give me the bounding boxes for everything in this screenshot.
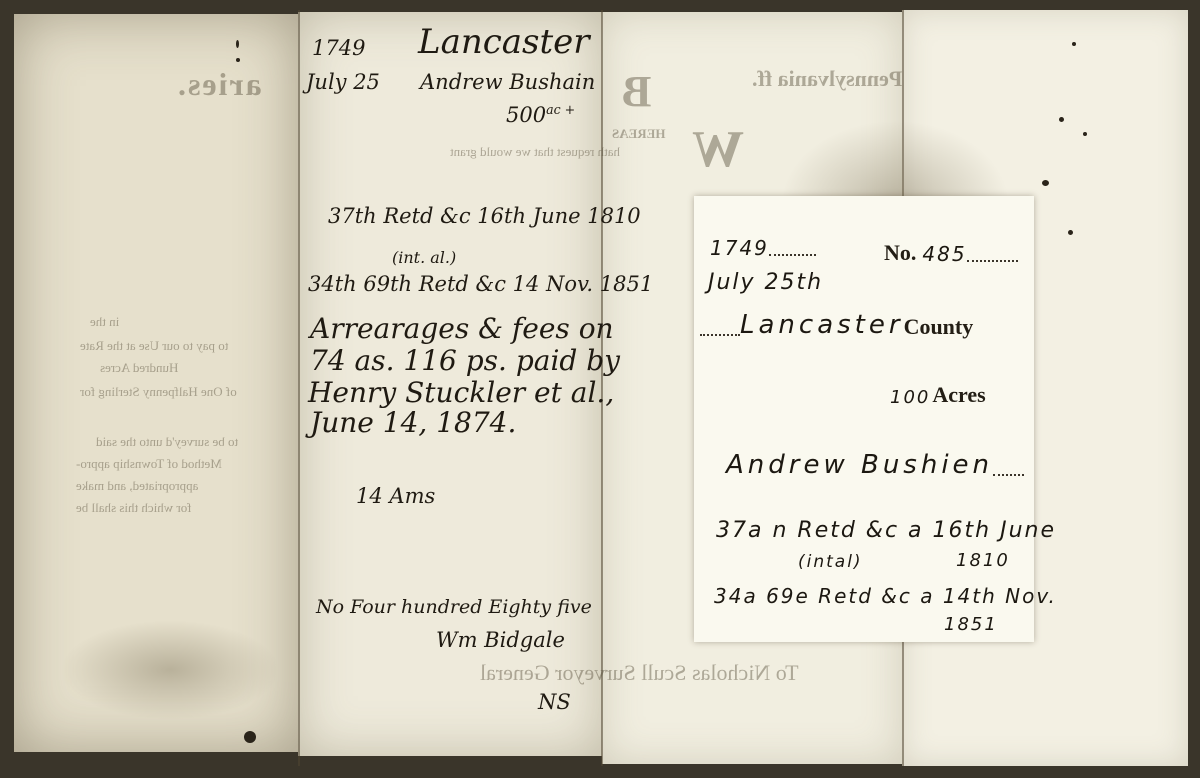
header-amount-value: 500 bbox=[506, 103, 546, 127]
initials: NS bbox=[538, 690, 571, 714]
card-county-field: Lancaster County bbox=[700, 310, 1016, 340]
header-name: Andrew Bushain bbox=[420, 70, 595, 94]
bleed-header-fragment: aries. bbox=[176, 66, 262, 103]
header-amount: 500ac + bbox=[506, 102, 575, 127]
fold-line bbox=[298, 10, 300, 766]
header-amount-suffix: ac + bbox=[546, 102, 575, 117]
card-note-1810: 37a n Retd &c a 16th June bbox=[716, 518, 1056, 543]
dotted-line bbox=[700, 333, 740, 336]
note-payer: Henry Stuckler et al., bbox=[308, 376, 614, 409]
bleed-line: in the bbox=[90, 314, 119, 330]
card-number-label: No. bbox=[884, 240, 916, 266]
bleed-line: Hundred Acres bbox=[100, 360, 178, 376]
ink-speck bbox=[1072, 42, 1076, 46]
dotted-line bbox=[769, 253, 816, 256]
note-returned-1851: 34th 69th Retd &c 14 Nov. 1851 bbox=[308, 272, 653, 296]
bleed-opening-line: hath request that we would grant bbox=[450, 144, 620, 160]
card-name: Andrew Bushien bbox=[700, 450, 993, 480]
signature: Wm Bidgale bbox=[436, 628, 565, 652]
bleed-opening-word: HEREAS bbox=[612, 126, 665, 142]
card-county-label: County bbox=[904, 314, 974, 340]
bleed-header-letter: B bbox=[620, 66, 651, 117]
ink-speck bbox=[1083, 132, 1087, 136]
ink-speck bbox=[1042, 180, 1049, 186]
quantity-note: 14 Ams bbox=[356, 484, 435, 508]
card-year: 1749 bbox=[700, 236, 769, 260]
bleed-line: to be survey'd unto the said bbox=[96, 434, 238, 450]
warrant-number-text: No Four hundred Eighty five bbox=[316, 596, 592, 618]
document-scan: aries. B Pennsylvania ff. W HEREAS hath … bbox=[0, 0, 1200, 778]
ink-speck bbox=[1059, 117, 1064, 122]
card-note-year-1810: 1810 bbox=[956, 550, 1010, 571]
bleed-initial-letter: W bbox=[690, 120, 744, 179]
header-date: July 25 bbox=[306, 70, 380, 94]
dotted-line bbox=[967, 259, 1018, 262]
bleed-line: for which this shall be bbox=[76, 500, 192, 516]
card-name-field: Andrew Bushien bbox=[700, 450, 1024, 480]
bleed-footer: To Nicholas Scull Surveyor General bbox=[480, 660, 799, 686]
ink-speck bbox=[236, 58, 240, 62]
ink-speck bbox=[236, 40, 239, 48]
note-paid-date: June 14, 1874. bbox=[310, 406, 516, 439]
card-acres-value: 100 bbox=[890, 387, 930, 408]
card-number: 485 bbox=[916, 242, 966, 266]
bleed-line: appropriated, and make bbox=[76, 478, 198, 494]
ink-speck bbox=[1068, 230, 1073, 235]
header-year: 1749 bbox=[312, 36, 365, 60]
card-county-name: Lancaster bbox=[740, 310, 904, 340]
header-county: Lancaster bbox=[418, 22, 590, 62]
note-acres-paid: 74 as. 116 ps. paid by bbox=[310, 344, 620, 377]
card-date: July 25th bbox=[700, 270, 823, 295]
bleed-state: Pennsylvania ff. bbox=[752, 66, 902, 92]
bleed-line: Method of Township appro- bbox=[76, 456, 222, 472]
note-arrearages: Arrearages & fees on bbox=[310, 312, 614, 345]
ink-speck bbox=[244, 731, 256, 743]
card-note-intal: (intal) bbox=[798, 552, 863, 572]
stain bbox=[60, 620, 280, 720]
card-note-1851: 34a 69e Retd &c a 14th Nov. bbox=[714, 584, 1057, 608]
note-int-al: (int. al.) bbox=[392, 248, 456, 267]
note-returned-1810: 37th Retd &c 16th June 1810 bbox=[328, 204, 641, 228]
index-card: 1749 No. 485 July 25th Lancaster County … bbox=[694, 196, 1034, 642]
bleed-line: of One Halfpenny Sterling for bbox=[80, 384, 237, 400]
card-acres-field: 100 Acres bbox=[890, 382, 1014, 408]
dotted-line bbox=[993, 473, 1024, 476]
bleed-line: to pay to our Use at the Rate bbox=[80, 338, 228, 354]
card-acres-label: Acres bbox=[930, 382, 985, 408]
card-number-field: No. 485 bbox=[884, 240, 1018, 266]
card-note-year-1851: 1851 bbox=[944, 614, 998, 635]
card-date-field: July 25th bbox=[700, 270, 836, 295]
card-year-field: 1749 bbox=[700, 236, 816, 260]
